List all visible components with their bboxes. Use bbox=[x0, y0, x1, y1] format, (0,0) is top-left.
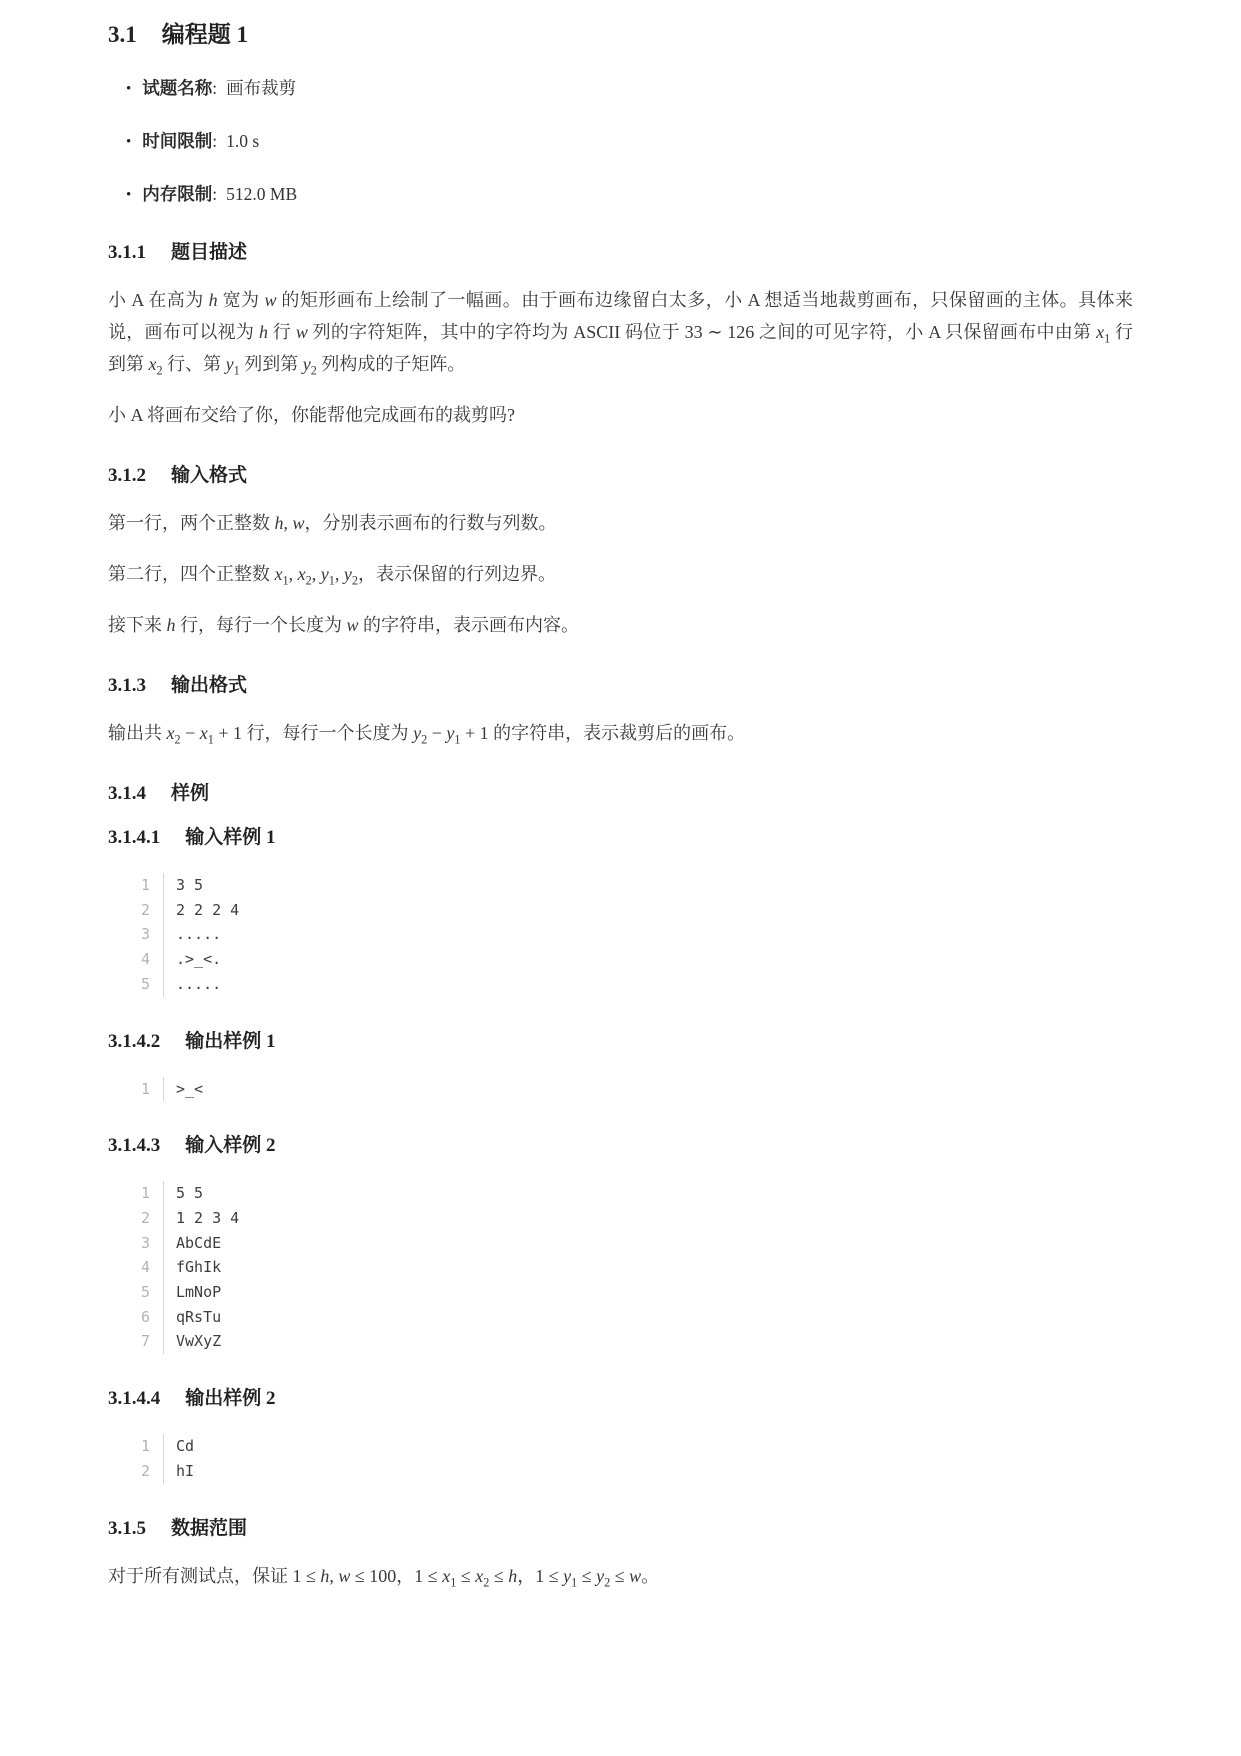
code-text: >_< bbox=[164, 1077, 203, 1102]
meta-separator: : bbox=[212, 131, 217, 151]
inline-math: 33 ∼ 126 bbox=[685, 322, 755, 342]
inline-math: y1 bbox=[226, 354, 240, 374]
code-text: VwXyZ bbox=[164, 1329, 221, 1354]
inline-math: h, w bbox=[275, 513, 305, 533]
section-heading-input-sample-1: 3.1.4.1输入样例 1 bbox=[108, 825, 1133, 850]
paragraph: 对于所有测试点，保证 1 ≤ h, w ≤ 100，1 ≤ x1 ≤ x2 ≤ … bbox=[108, 1560, 1133, 1592]
section-heading-output-sample-2: 3.1.4.4输出样例 2 bbox=[108, 1386, 1133, 1411]
section-number: 3.1.1 bbox=[108, 242, 146, 263]
code-line: 5LmNoP bbox=[122, 1280, 1133, 1305]
bullet-icon: • bbox=[126, 129, 131, 155]
section-heading-input-format: 3.1.2输入格式 bbox=[108, 463, 1133, 488]
code-line: 6qRsTu bbox=[122, 1305, 1133, 1330]
section-heading-main: 3.1编程题 1 bbox=[108, 22, 1133, 48]
code-line: 1>_< bbox=[122, 1077, 1133, 1102]
line-number: 4 bbox=[122, 947, 164, 972]
meta-label: 试题名称 bbox=[142, 78, 212, 98]
meta-separator: : bbox=[212, 184, 217, 204]
section-number: 3.1.4.1 bbox=[108, 827, 160, 848]
bullet-icon: • bbox=[126, 76, 131, 102]
inline-math: h bbox=[259, 322, 268, 342]
code-text: fGhIk bbox=[164, 1255, 221, 1280]
line-number: 2 bbox=[122, 1206, 164, 1231]
code-line: 1Cd bbox=[122, 1434, 1133, 1459]
inline-math: x2 − x1 + 1 bbox=[167, 723, 243, 743]
line-number: 1 bbox=[122, 1434, 164, 1459]
paragraph: 小 A 在高为 h 宽为 w 的矩形画布上绘制了一幅画。由于画布边缘留白太多，小… bbox=[108, 284, 1133, 380]
line-number: 2 bbox=[122, 1459, 164, 1484]
line-number: 3 bbox=[122, 1231, 164, 1256]
line-number: 3 bbox=[122, 922, 164, 947]
line-number: 7 bbox=[122, 1329, 164, 1354]
code-line: 4fGhIk bbox=[122, 1255, 1133, 1280]
code-text: LmNoP bbox=[164, 1280, 221, 1305]
meta-label: 内存限制 bbox=[142, 184, 212, 204]
section-heading-output-format: 3.1.3输出格式 bbox=[108, 673, 1133, 698]
inline-math: y2 − y1 + 1 bbox=[413, 723, 489, 743]
inline-math: 1 ≤ y1 ≤ y2 ≤ w bbox=[535, 1566, 641, 1586]
paragraph: 输出共 x2 − x1 + 1 行，每行一个长度为 y2 − y1 + 1 的字… bbox=[108, 717, 1133, 749]
meta-item-problem-name: •试题名称:画布裁剪 bbox=[108, 75, 1133, 102]
inline-math: h bbox=[209, 290, 218, 310]
code-text: ..... bbox=[164, 922, 221, 947]
section-heading-data-range: 3.1.5数据范围 bbox=[108, 1516, 1133, 1541]
inline-math: w bbox=[347, 615, 359, 635]
meta-value: 画布裁剪 bbox=[226, 78, 296, 98]
inline-math: x1, x2, y1, y2 bbox=[275, 564, 359, 584]
section-title: 输入样例 1 bbox=[185, 827, 275, 848]
section-heading-output-sample-1: 3.1.4.2输出样例 1 bbox=[108, 1029, 1133, 1054]
code-line: 22 2 2 4 bbox=[122, 898, 1133, 923]
code-block-input-sample-1: 13 522 2 2 43.....4.>_<.5..... bbox=[122, 873, 1133, 997]
paragraph: 小 A 将画布交给了你，你能帮他完成画布的裁剪吗? bbox=[108, 399, 1133, 431]
code-block-output-sample-1: 1>_< bbox=[122, 1077, 1133, 1102]
code-line: 13 5 bbox=[122, 873, 1133, 898]
document-page: 3.1编程题 1 •试题名称:画布裁剪 •时间限制:1.0 s •内存限制:51… bbox=[0, 0, 1241, 1756]
code-block-input-sample-2: 15 521 2 3 43AbCdE4fGhIk5LmNoP6qRsTu7VwX… bbox=[122, 1181, 1133, 1354]
code-text: 3 5 bbox=[164, 873, 203, 898]
section-title: 样例 bbox=[171, 783, 209, 804]
section-number: 3.1.4.3 bbox=[108, 1135, 160, 1156]
section-number: 3.1.5 bbox=[108, 1518, 146, 1539]
inline-math: x2 bbox=[149, 354, 163, 374]
section-number: 3.1.2 bbox=[108, 465, 146, 486]
code-line: 15 5 bbox=[122, 1181, 1133, 1206]
inline-math: w bbox=[296, 322, 308, 342]
code-line: 21 2 3 4 bbox=[122, 1206, 1133, 1231]
section-title: 输出格式 bbox=[171, 675, 247, 696]
code-text: hI bbox=[164, 1459, 194, 1484]
section-number: 3.1.3 bbox=[108, 675, 146, 696]
section-heading-samples: 3.1.4样例 bbox=[108, 781, 1133, 806]
code-text: .>_<. bbox=[164, 947, 221, 972]
section-number: 3.1.4.2 bbox=[108, 1031, 160, 1052]
line-number: 2 bbox=[122, 898, 164, 923]
line-number: 6 bbox=[122, 1305, 164, 1330]
paragraph: 接下来 h 行，每行一个长度为 w 的字符串，表示画布内容。 bbox=[108, 609, 1133, 641]
code-line: 2hI bbox=[122, 1459, 1133, 1484]
meta-value: 512.0 MB bbox=[226, 184, 297, 204]
inline-math: h bbox=[167, 615, 176, 635]
paragraph: 第二行，四个正整数 x1, x2, y1, y2，表示保留的行列边界。 bbox=[108, 558, 1133, 590]
code-text: 1 2 3 4 bbox=[164, 1206, 239, 1231]
section-number: 3.1.4 bbox=[108, 783, 146, 804]
code-line: 3AbCdE bbox=[122, 1231, 1133, 1256]
line-number: 5 bbox=[122, 972, 164, 997]
code-line: 4.>_<. bbox=[122, 947, 1133, 972]
section-number: 3.1.4.4 bbox=[108, 1388, 160, 1409]
line-number: 5 bbox=[122, 1280, 164, 1305]
meta-value: 1.0 s bbox=[226, 131, 259, 151]
inline-math: x1 bbox=[1096, 322, 1110, 342]
section-title: 输入样例 2 bbox=[185, 1135, 275, 1156]
code-text: qRsTu bbox=[164, 1305, 221, 1330]
section-heading-input-sample-2: 3.1.4.3输入样例 2 bbox=[108, 1133, 1133, 1158]
code-text: 2 2 2 4 bbox=[164, 898, 239, 923]
line-number: 1 bbox=[122, 1181, 164, 1206]
code-line: 3..... bbox=[122, 922, 1133, 947]
line-number: 1 bbox=[122, 1077, 164, 1102]
code-text: AbCdE bbox=[164, 1231, 221, 1256]
meta-item-memory-limit: •内存限制:512.0 MB bbox=[108, 181, 1133, 208]
code-line: 5..... bbox=[122, 972, 1133, 997]
meta-item-time-limit: •时间限制:1.0 s bbox=[108, 128, 1133, 155]
bullet-icon: • bbox=[126, 182, 131, 208]
problem-meta-list: •试题名称:画布裁剪 •时间限制:1.0 s •内存限制:512.0 MB bbox=[108, 75, 1133, 208]
section-title: 数据范围 bbox=[171, 1518, 247, 1539]
section-title: 题目描述 bbox=[171, 242, 247, 263]
meta-separator: : bbox=[212, 78, 217, 98]
section-title: 输出样例 1 bbox=[185, 1031, 275, 1052]
code-block-output-sample-2: 1Cd2hI bbox=[122, 1434, 1133, 1483]
meta-label: 时间限制 bbox=[142, 131, 212, 151]
inline-math: y2 bbox=[303, 354, 317, 374]
line-number: 1 bbox=[122, 873, 164, 898]
section-heading-description: 3.1.1题目描述 bbox=[108, 240, 1133, 265]
code-text: 5 5 bbox=[164, 1181, 203, 1206]
inline-math: w bbox=[264, 290, 276, 310]
section-title: 输出样例 2 bbox=[185, 1388, 275, 1409]
code-line: 7VwXyZ bbox=[122, 1329, 1133, 1354]
section-title: 输入格式 bbox=[171, 465, 247, 486]
code-text: ..... bbox=[164, 972, 221, 997]
inline-math: 1 ≤ h, w ≤ 100 bbox=[293, 1566, 397, 1586]
code-text: Cd bbox=[164, 1434, 194, 1459]
section-title: 编程题 1 bbox=[162, 22, 248, 47]
paragraph: 第一行，两个正整数 h, w，分别表示画布的行数与列数。 bbox=[108, 507, 1133, 539]
line-number: 4 bbox=[122, 1255, 164, 1280]
section-number: 3.1 bbox=[108, 22, 137, 47]
inline-math: 1 ≤ x1 ≤ x2 ≤ h bbox=[414, 1566, 517, 1586]
